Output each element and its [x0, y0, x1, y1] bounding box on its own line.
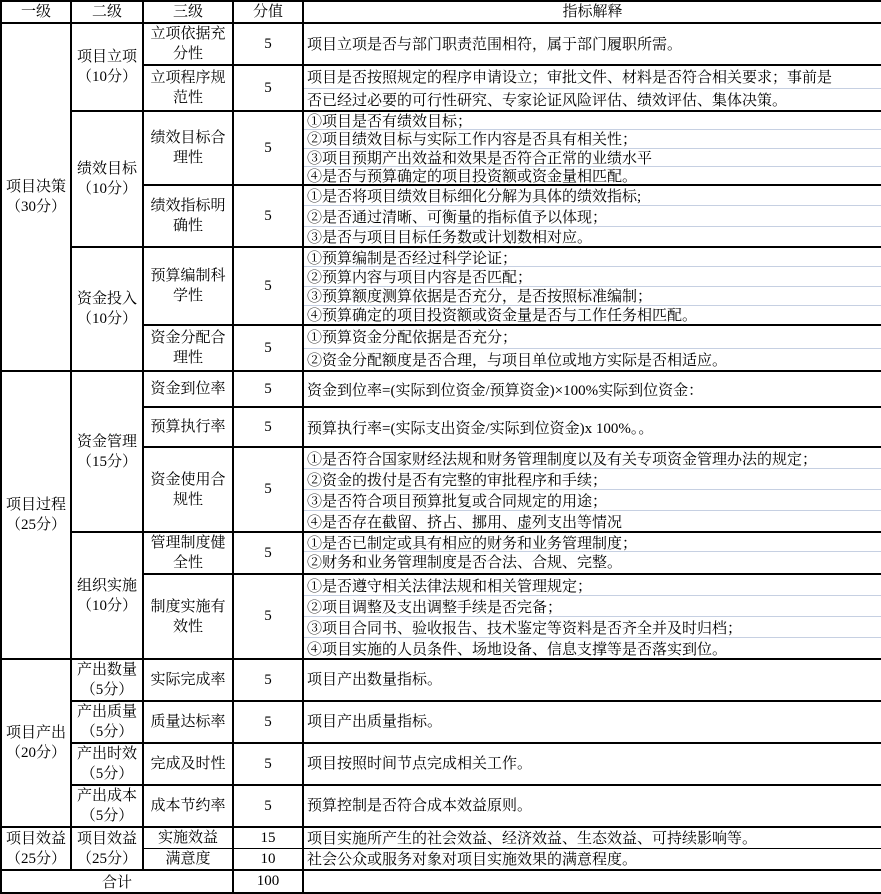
- total-score-cell: 100: [233, 870, 303, 893]
- explanation-cell: ①是否遵守相关法律法规和相关管理规定； ②项目调整及支出调整手续是否完备； ③项…: [303, 574, 881, 659]
- score-cell: 5: [233, 407, 303, 447]
- table-row: 绩效目标（10分） 绩效目标合理性 5 ①项目是否有绩效目标； ②项目绩效目标与…: [1, 111, 881, 185]
- header-level3: 三级: [143, 1, 233, 23]
- explanation-cell: 项目产出数量指标。: [303, 659, 881, 701]
- score-cell: 5: [233, 65, 303, 111]
- level1-project-output: 项目产出（20分）: [1, 659, 71, 827]
- explanation-line: ③是否与项目目标任务数或计划数相对应。: [304, 227, 881, 246]
- level2-organization-implementation: 组织实施（10分）: [71, 532, 143, 659]
- table-row: 组织实施（10分） 管理制度健全性 5 ①是否已制定或具有相应的财务和业务管理制…: [1, 532, 881, 574]
- score-cell: 5: [233, 785, 303, 827]
- explanation-cell: ①预算资金分配依据是否充分； ②资金分配额度是否合理，与项目单位或地方实际是否相…: [303, 325, 881, 371]
- table-row: 项目效益（25分） 项目效益（25分） 实施效益 15 项目实施所产生的社会效益…: [1, 827, 881, 849]
- explanation-line: 资金到位率=(实际到位资金/预算资金)×100%实际到位资金：: [304, 372, 881, 406]
- explanation-line: ④是否存在截留、挤占、挪用、虚列支出等情况: [304, 511, 881, 531]
- level1-project-decision: 项目决策（30分）: [1, 23, 71, 371]
- explanation-line: ②资金的拨付是否有完整的审批程序和手续；: [304, 469, 881, 490]
- score-cell: 5: [233, 659, 303, 701]
- indicator-cell: 立项依据充分性: [143, 23, 233, 65]
- explanation-line: 项目按照时间节点完成相关工作。: [304, 744, 881, 780]
- explanation-line: ①是否将项目绩效目标细化分解为具体的绩效指标;: [304, 186, 881, 206]
- explanation-cell: 项目按照时间节点完成相关工作。: [303, 743, 881, 785]
- explanation-cell: 预算控制是否符合成本效益原则。: [303, 785, 881, 827]
- score-cell: 5: [233, 185, 303, 247]
- explanation-line: ②预算内容与项目内容是否匹配；: [304, 267, 881, 286]
- indicator-cell: 预算执行率: [143, 407, 233, 447]
- explanation-line: ①项目是否有绩效目标；: [304, 112, 881, 130]
- table-row: 项目决策（30分） 项目立项（10分） 立项依据充分性 5 项目立项是否与部门职…: [1, 23, 881, 65]
- level2-output-quantity: 产出数量（5分）: [71, 659, 143, 701]
- explanation-cell: ①是否符合国家财经法规和财务管理制度以及有关专项资金管理办法的规定； ②资金的拨…: [303, 447, 881, 532]
- explanation-line: ①预算编制是否经过科学论证；: [304, 248, 881, 267]
- explanation-line: 社会公众或服务对象对项目实施效果的满意程度。: [304, 849, 881, 868]
- score-cell: 5: [233, 532, 303, 574]
- explanation-cell: ①是否已制定或具有相应的财务和业务管理制度； ②财务和业务管理制度是否合法、合规…: [303, 532, 881, 574]
- explanation-cell: 项目立项是否与部门职责范围相符，属于部门履职所需。: [303, 23, 881, 65]
- level2-project-initiation: 项目立项（10分）: [71, 23, 143, 111]
- level1-project-process: 项目过程（25分）: [1, 371, 71, 659]
- total-label-cell: 合计: [1, 870, 233, 893]
- score-cell: 5: [233, 701, 303, 743]
- indicator-cell: 立项程序规范性: [143, 65, 233, 111]
- indicator-cell: 预算编制科学性: [143, 247, 233, 325]
- table-row: 产出时效（5分） 完成及时性 5 项目按照时间节点完成相关工作。: [1, 743, 881, 785]
- table-row: 资金投入（10分） 预算编制科学性 5 ①预算编制是否经过科学论证； ②预算内容…: [1, 247, 881, 325]
- total-row: 合计 100: [1, 870, 881, 893]
- explanation-line: ③是否符合项目预算批复或合同规定的用途；: [304, 490, 881, 511]
- header-level1: 一级: [1, 1, 71, 23]
- score-cell: 5: [233, 447, 303, 532]
- table-row: 项目过程（25分） 资金管理（15分） 资金到位率 5 资金到位率=(实际到位资…: [1, 371, 881, 407]
- explanation-line: 项目产出质量指标。: [304, 702, 881, 739]
- score-cell: 5: [233, 111, 303, 185]
- explanation-line: ③预算额度测算依据是否充分，是否按照标准编制；: [304, 287, 881, 306]
- explanation-line: ①预算资金分配依据是否充分；: [304, 326, 881, 349]
- level2-output-quality: 产出质量（5分）: [71, 701, 143, 743]
- table-row: 项目产出（20分） 产出数量（5分） 实际完成率 5 项目产出数量指标。: [1, 659, 881, 701]
- explanation-line: ①是否遵守相关法律法规和相关管理规定；: [304, 575, 881, 596]
- explanation-line: 预算执行率=(实际支出资金/实际到位资金)x 100%。。: [304, 408, 881, 446]
- header-explanation: 指标解释: [303, 1, 881, 23]
- explanation-line: 项目立项是否与部门职责范围相符，属于部门履职所需。: [304, 24, 881, 62]
- explanation-line: ②财务和业务管理制度是否合法、合规、完整。: [304, 552, 881, 570]
- level1-project-benefit: 项目效益（25分）: [1, 827, 71, 870]
- header-level2: 二级: [71, 1, 143, 23]
- explanation-cell: 预算执行率=(实际支出资金/实际到位资金)x 100%。。: [303, 407, 881, 447]
- score-cell: 5: [233, 743, 303, 785]
- header-score: 分值: [233, 1, 303, 23]
- explanation-line: ③项目合同书、验收报告、技术鉴定等资料是否齐全并及时归档；: [304, 617, 881, 638]
- explanation-cell: 项目产出质量指标。: [303, 701, 881, 743]
- score-cell: 5: [233, 247, 303, 325]
- level2-output-timeliness: 产出时效（5分）: [71, 743, 143, 785]
- explanation-line: ②项目调整及支出调整手续是否完备；: [304, 596, 881, 617]
- table-row: 产出质量（5分） 质量达标率 5 项目产出质量指标。: [1, 701, 881, 743]
- score-cell: 5: [233, 23, 303, 65]
- score-cell: 15: [233, 827, 303, 849]
- explanation-line: ④是否与预算确定的项目投资额或资金量相匹配。: [304, 167, 881, 184]
- explanation-line: 否已经过必要的可行性研究、专家论证风险评估、绩效评估、集体决策。: [304, 89, 881, 111]
- indicator-cell: 资金到位率: [143, 371, 233, 407]
- explanation-cell: ①是否将项目绩效目标细化分解为具体的绩效指标; ②是否通过清晰、可衡量的指标值予…: [303, 185, 881, 247]
- indicator-cell: 完成及时性: [143, 743, 233, 785]
- explanation-line: ②是否通过清晰、可衡量的指标值予以体现；: [304, 206, 881, 226]
- score-cell: 5: [233, 574, 303, 659]
- indicator-cell: 绩效目标合理性: [143, 111, 233, 185]
- indicator-cell: 制度实施有效性: [143, 574, 233, 659]
- level2-fund-management: 资金管理（15分）: [71, 371, 143, 532]
- evaluation-indicator-table: 一级 二级 三级 分值 指标解释 项目决策（30分） 项目立项（10分） 立项依…: [0, 0, 881, 894]
- explanation-cell: ①项目是否有绩效目标； ②项目绩效目标与实际工作内容是否具有相关性； ③项目预期…: [303, 111, 881, 185]
- indicator-cell: 实际完成率: [143, 659, 233, 701]
- indicator-cell: 管理制度健全性: [143, 532, 233, 574]
- explanation-cell: 项目实施所产生的社会效益、经济效益、生态效益、可持续影响等。: [303, 827, 881, 849]
- level2-fund-input: 资金投入（10分）: [71, 247, 143, 371]
- explanation-line: ①是否已制定或具有相应的财务和业务管理制度；: [304, 533, 881, 552]
- level2-output-cost: 产出成本（5分）: [71, 785, 143, 827]
- indicator-cell: 质量达标率: [143, 701, 233, 743]
- indicator-cell: 绩效指标明确性: [143, 185, 233, 247]
- score-cell: 5: [233, 371, 303, 407]
- explanation-line: 项目是否按照规定的程序申请设立；审批文件、材料是否符合相关要求；事前是: [304, 66, 881, 89]
- indicator-cell: 成本节约率: [143, 785, 233, 827]
- table-header-row: 一级 二级 三级 分值 指标解释: [1, 1, 881, 23]
- explanation-line: 预算控制是否符合成本效益原则。: [304, 786, 881, 823]
- explanation-line: ②项目绩效目标与实际工作内容是否具有相关性；: [304, 130, 881, 148]
- total-empty-cell: [303, 870, 881, 893]
- indicator-cell: 满意度: [143, 849, 233, 871]
- explanation-line: ③项目预期产出效益和效果是否符合正常的业绩水平: [304, 149, 881, 167]
- explanation-cell: 社会公众或服务对象对项目实施效果的满意程度。: [303, 849, 881, 871]
- indicator-cell: 资金分配合理性: [143, 325, 233, 371]
- explanation-cell: ①预算编制是否经过科学论证； ②预算内容与项目内容是否匹配； ③预算额度测算依据…: [303, 247, 881, 325]
- indicator-cell: 实施效益: [143, 827, 233, 849]
- level2-project-benefit: 项目效益（25分）: [71, 827, 143, 870]
- table-row: 产出成本（5分） 成本节约率 5 预算控制是否符合成本效益原则。: [1, 785, 881, 827]
- indicator-cell: 资金使用合规性: [143, 447, 233, 532]
- explanation-cell: 项目是否按照规定的程序申请设立；审批文件、材料是否符合相关要求；事前是 否已经过…: [303, 65, 881, 111]
- explanation-line: ④项目实施的人员条件、场地设备、信息支撑等是否落实到位。: [304, 638, 881, 658]
- explanation-line: 项目产出数量指标。: [304, 660, 881, 697]
- explanation-cell: 资金到位率=(实际到位资金/预算资金)×100%实际到位资金：: [303, 371, 881, 407]
- explanation-line: 项目实施所产生的社会效益、经济效益、生态效益、可持续影响等。: [304, 828, 881, 847]
- explanation-line: ①是否符合国家财经法规和财务管理制度以及有关专项资金管理办法的规定；: [304, 448, 881, 469]
- score-cell: 10: [233, 849, 303, 871]
- score-cell: 5: [233, 325, 303, 371]
- explanation-line: ④预算确定的项目投资额或资金量是否与工作任务相匹配。: [304, 306, 881, 324]
- explanation-line: ②资金分配额度是否合理，与项目单位或地方实际是否相适应。: [304, 349, 881, 371]
- level2-performance-goal: 绩效目标（10分）: [71, 111, 143, 247]
